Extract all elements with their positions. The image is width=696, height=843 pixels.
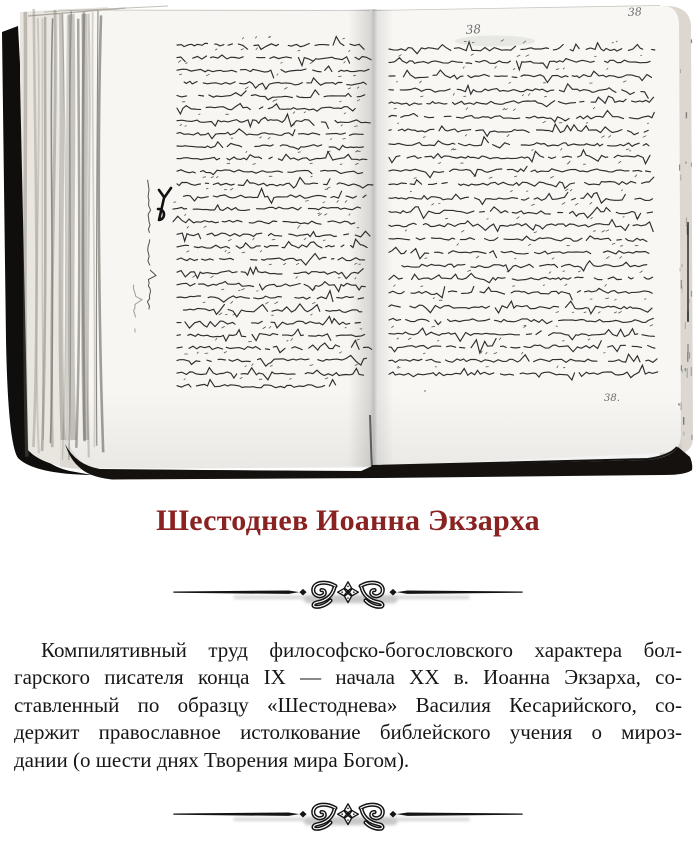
page-number-top-center: 38 xyxy=(465,22,482,37)
page-number-bottom-right: 38. xyxy=(604,393,620,404)
open-book-illustration: 38 38 38. xyxy=(0,0,696,488)
divider-ornament xyxy=(168,802,528,833)
page-edge-smudge xyxy=(71,14,73,440)
divider-curl-left xyxy=(313,805,335,829)
paragraph-line: ставленный по образцу «Шестоднева» Васил… xyxy=(14,692,682,719)
page-title: Шестоднев Иоанна Экзарха xyxy=(0,504,696,538)
divider-curl-right xyxy=(361,805,383,829)
divider-ornament xyxy=(168,580,528,611)
faint-stamp xyxy=(455,36,535,47)
page: 38 38 38. Шестоднев Иоанна Экзарха xyxy=(0,0,696,843)
page-number-top-right: 38 xyxy=(627,5,642,19)
paragraph-line: Компилятивный труд философско-богословск… xyxy=(14,637,682,664)
paragraph-line: держит православное истолкование библейс… xyxy=(14,719,682,746)
page-edge-smudge xyxy=(84,14,86,440)
paragraph-line: гарского писателя конца IX — начала XX в… xyxy=(14,664,682,691)
page-edge-smudge xyxy=(67,15,69,440)
page-edge-smudge xyxy=(25,12,27,457)
ornamental-divider-top xyxy=(168,580,528,611)
manuscript-photo: 38 38 38. xyxy=(0,0,696,488)
paragraph-line: дании (о шести днях Творения мира Богом)… xyxy=(14,747,682,774)
description-paragraph: Компилятивный труд философско-богословск… xyxy=(14,637,682,774)
ornamental-divider-bottom xyxy=(168,802,528,833)
page-edge-smudge xyxy=(61,14,63,440)
top-edge-line xyxy=(58,10,370,11)
divider-curl-left xyxy=(313,583,335,607)
tiny-ink-mark xyxy=(424,390,426,392)
divider-curl-right xyxy=(361,583,383,607)
